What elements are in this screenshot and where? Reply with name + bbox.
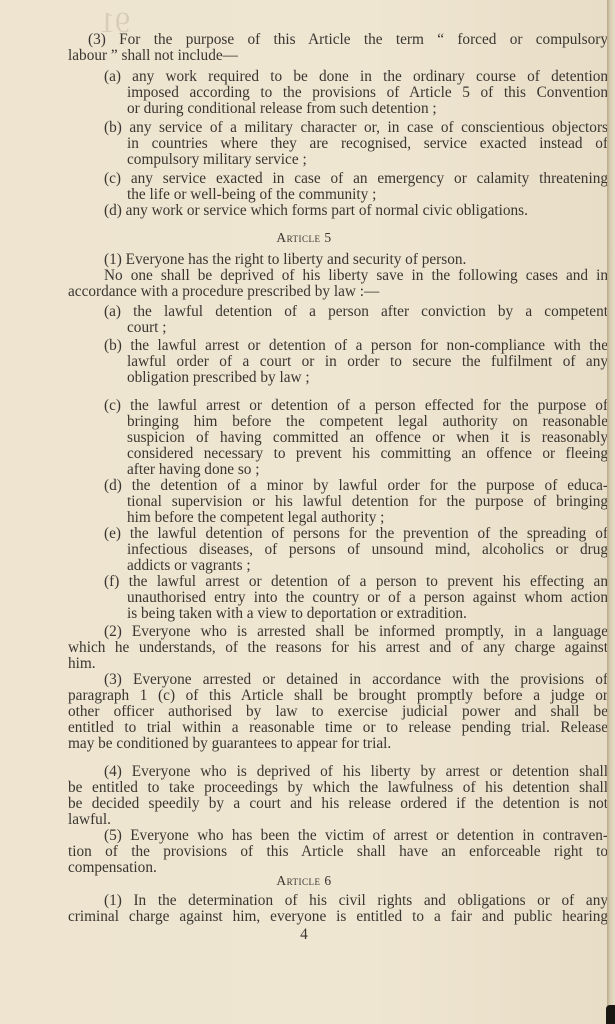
text-line: imposed according to the provisions of A… [127,85,608,101]
page-number: 4 [0,926,608,944]
text-line: accordance with a procedure prescribed b… [68,284,379,300]
text-line: (e) the lawful detention of persons for … [104,526,608,542]
text-line: which he understands, of the reasons for… [68,640,608,656]
text-line: (d) the detention of a minor by lawful o… [104,478,608,494]
text-line: (d) any work or service which forms part… [104,203,528,219]
article-5-heading: Article 5 [0,230,608,246]
text-line: (3) For the purpose of this Article the … [88,32,608,48]
text-line: court ; [127,320,167,336]
text-line: (5) Everyone who has been the victim of … [104,828,608,844]
text-line: suspicion of having committed an offence… [127,430,608,446]
text-line: paragraph 1 (c) of this Article shall be… [68,688,608,704]
text-line: or during conditional release from such … [127,101,437,117]
text-line: him before the competent legal authority… [127,510,384,526]
text-line: lawful. [68,812,111,828]
text-line: may be conditioned by guarantees to appe… [68,736,391,752]
text-line: labour ” shall not include— [68,48,238,64]
text-line: (c) any service exacted in case of an em… [104,171,608,187]
text-line: (1) In the determination of his civil ri… [104,893,608,909]
text-line: (f) the lawful arrest or detention of a … [104,574,608,590]
text-line: in countries where they are recognised, … [127,136,608,152]
text-line: him. [68,656,96,672]
book-spine-edge [607,0,615,1024]
text-line: obligation prescribed by law ; [127,370,310,386]
text-line: addicts or vagrants ; [127,558,251,574]
text-line: (4) Everyone who is deprived of his libe… [104,764,608,780]
text-line: criminal charge against him, everyone is… [68,909,608,925]
text-line: entitled to trial within a reasonable ti… [68,720,608,736]
text-line: the life or well-being of the community … [127,187,376,203]
binding-corner [606,1005,615,1024]
text-line: (b) the lawful arrest or detention of a … [104,338,608,354]
text-line: No one shall be deprived of his liberty … [104,268,608,284]
text-line: after having done so ; [127,462,260,478]
text-line: other officer authorised by law to exerc… [68,704,608,720]
text-line: (2) Everyone who is arrested shall be in… [104,624,608,640]
text-line: lawful order of a court or in order to s… [127,354,608,370]
text-line: considered necessary to prevent his comm… [127,446,608,462]
text-line: is being taken with a view to deportatio… [127,606,467,622]
text-line: bringing him before the competent legal … [127,414,608,430]
text-line: be entitled to take proceedings by which… [68,780,608,796]
document-page: 91 (3) For the purpose of this Article t… [0,0,608,1024]
text-line: compulsory military service ; [127,152,307,168]
text-line: (c) the lawful arrest or detention of a … [104,398,608,414]
text-line: tional supervision or his lawful detenti… [127,494,608,510]
text-line: (a) the lawful detention of a person aft… [104,304,608,320]
text-line: tion of the provisions of this Article s… [68,844,608,860]
text-line: unauthorised entry into the country or o… [127,590,608,606]
text-line: infectious diseases, of persons of unsou… [127,542,608,558]
article-6-heading: Article 6 [0,873,608,889]
text-line: (b) any service of a military character … [104,120,608,136]
text-line: (a) any work required to be done in the … [104,69,608,85]
text-line: (1) Everyone has the right to liberty an… [104,252,466,268]
text-line: (3) Everyone arrested or detained in acc… [104,672,608,688]
text-line: be decided speedily by a court and his r… [68,796,608,812]
